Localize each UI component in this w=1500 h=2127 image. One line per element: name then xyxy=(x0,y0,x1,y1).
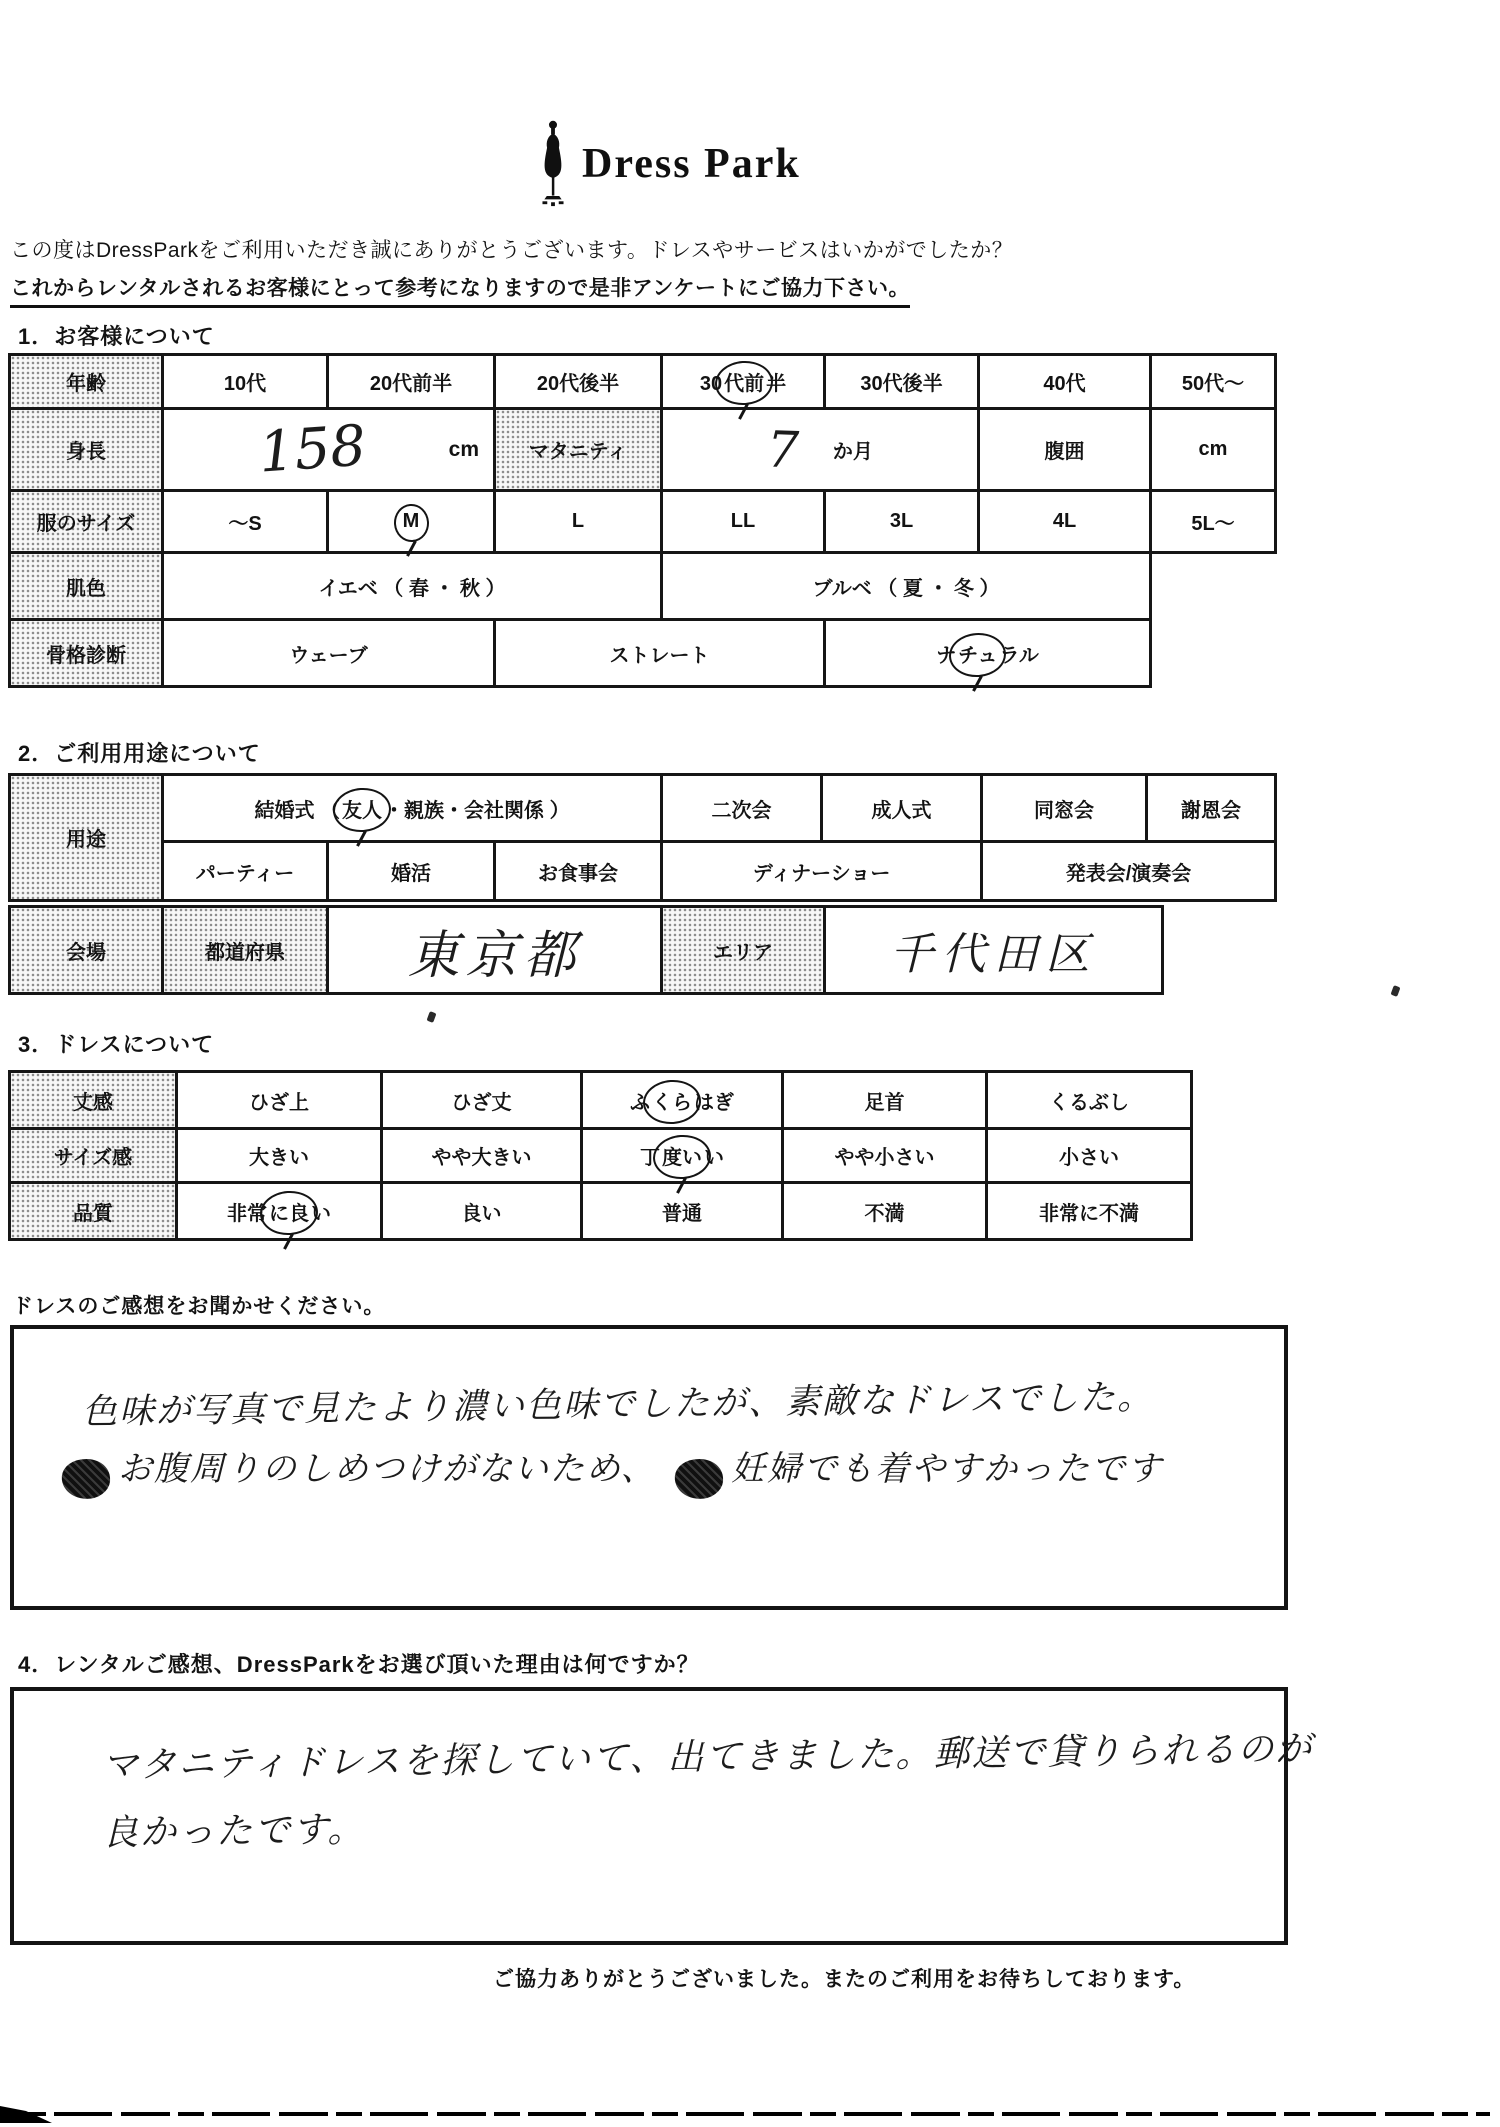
length-ankle: 足首 xyxy=(783,1072,987,1129)
purpose-party: パーティー xyxy=(163,842,328,901)
brand-logo: Dress Park xyxy=(538,120,801,208)
hand-circle: に良 xyxy=(267,1197,311,1226)
purpose-row-1: 用途 結婚式 （友人・親族・会社関係 ） 二次会 成人式 同窓会 謝恩会 xyxy=(10,775,1276,842)
size-l: L xyxy=(495,491,662,553)
size-3l: 3L xyxy=(825,491,979,553)
quality-very-dissatisfied: 非常に不満 xyxy=(987,1183,1192,1240)
size-m-selected: M xyxy=(328,491,495,553)
length-knee: ひざ丈 xyxy=(382,1072,582,1129)
scan-artifact-line xyxy=(20,2112,1490,2116)
purpose-row-2: パーティー 婚活 お食事会 ディナーショー 発表会/演奏会 xyxy=(10,842,1276,901)
height-unit: cm xyxy=(449,438,493,462)
intro-emphasis-text: これからレンタルされるお客様にとって参考になりますので是非アンケートにご協力下さ… xyxy=(10,272,910,308)
text-fragment: チュ xyxy=(958,645,997,667)
area-label: エリア xyxy=(662,907,825,994)
fit-row: サイズ感 大きい やや大きい 丁度いい やや小さい 小さい xyxy=(10,1129,1192,1183)
length-label: 丈感 xyxy=(10,1072,177,1129)
quality-good: 良い xyxy=(382,1183,582,1240)
purpose-thanks-party: 謝恩会 xyxy=(1147,775,1276,842)
section1-title: 1．お客様について xyxy=(18,320,215,351)
purpose-afterparty: 二次会 xyxy=(662,775,822,842)
feedback2-line2: 良かったです。 xyxy=(102,1801,366,1856)
text-fragment: くら xyxy=(652,1092,692,1114)
quality-label: 品質 xyxy=(10,1183,177,1240)
months-unit: か月 xyxy=(833,435,873,464)
skeleton-wave: ウェーブ xyxy=(163,620,495,687)
dress-table: 丈感 ひざ上 ひざ丈 ふくらはぎ 足首 くるぶし サイズ感 大きい やや大きい … xyxy=(8,1070,1193,1241)
text-fragment: 代前 xyxy=(724,373,764,395)
fit-slightly-small: やや小さい xyxy=(783,1129,987,1183)
purpose-konkatsu: 婚活 xyxy=(328,842,495,901)
height-value-wrap: 158 cm xyxy=(164,417,493,482)
feedback1-line1: 色味が写真で見たより濃い色味でしたが、素敵なドレスでした。 xyxy=(82,1370,1155,1435)
height-label: 身長 xyxy=(10,409,163,491)
fit-big: 大きい xyxy=(177,1129,382,1183)
age-20s-early: 20代前半 xyxy=(328,355,495,409)
brand-name: Dress Park xyxy=(582,140,801,188)
section2-title: 2．ご利用用途について xyxy=(18,737,261,768)
maternity-months-cell: 7 か月 xyxy=(662,409,979,491)
purpose-table: 用途 結婚式 （友人・親族・会社関係 ） 二次会 成人式 同窓会 謝恩会 パーテ… xyxy=(8,773,1277,902)
quality-very-good-selected: 非常に良い xyxy=(177,1183,382,1240)
hand-circle: 代前 xyxy=(722,367,766,396)
text-fragment: M xyxy=(403,510,420,532)
venue-table: 会場 都道府県 東京都 エリア 千代田区 xyxy=(8,905,1164,995)
height-handwritten-value: 158 xyxy=(257,413,368,485)
months-handwritten-value: 7 xyxy=(766,420,800,479)
feedback1-line2b: 妊婦でも着やすかったです xyxy=(731,1449,1163,1489)
size-s: ～S xyxy=(163,491,328,553)
text-fragment: ・親族・会社関係 ） xyxy=(384,800,570,822)
dress-form-icon xyxy=(538,120,568,208)
length-calf-selected: ふくらはぎ xyxy=(582,1072,783,1129)
purpose-label: 用途 xyxy=(10,775,163,901)
length-anklebone: くるぶし xyxy=(987,1072,1192,1129)
hand-circle: くら xyxy=(650,1086,694,1115)
skin-label: 肌色 xyxy=(10,553,163,620)
venue-label: 会場 xyxy=(10,907,163,994)
skin-yellow-base: イエベ （ 春 ・ 秋 ） xyxy=(163,553,662,620)
length-above-knee: ひざ上 xyxy=(177,1072,382,1129)
intro-emphasis: これからレンタルされるお客様にとって参考になりますので是非アンケートにご協力下さ… xyxy=(10,272,910,308)
prefecture-label: 都道府県 xyxy=(163,907,328,994)
age-30s-early-selected: 30代前半 xyxy=(662,355,825,409)
waist-label: 腹囲 xyxy=(979,409,1151,491)
customer-table: 年齢 10代 20代前半 20代後半 30代前半 30代後半 40代 50代～ … xyxy=(8,353,1277,688)
purpose-reunion: 同窓会 xyxy=(982,775,1147,842)
section4-title: 4．レンタルご感想、DressParkをお選び頂いた理由は何ですか？ xyxy=(18,1648,700,1679)
fit-slightly-big: やや大きい xyxy=(382,1129,582,1183)
scan-speck xyxy=(427,1011,437,1023)
venue-row: 会場 都道府県 東京都 エリア 千代田区 xyxy=(10,907,1163,994)
quality-normal: 普通 xyxy=(582,1183,783,1240)
intro-text: この度はDressParkをご利用いただき誠にありがとうございます。ドレスやサー… xyxy=(10,234,1013,264)
fit-label: サイズ感 xyxy=(10,1129,177,1183)
height-row: 身長 158 cm マタニティ 7 か月 腹囲 cm xyxy=(10,409,1276,491)
quality-row: 品質 非常に良い 良い 普通 不満 非常に不満 xyxy=(10,1183,1192,1240)
text-fragment: に良 xyxy=(269,1203,309,1225)
skeleton-label: 骨格診断 xyxy=(10,620,163,687)
size-5l: 5L～ xyxy=(1151,491,1276,553)
skeleton-straight: ストレート xyxy=(495,620,825,687)
scribbled-out-word xyxy=(673,1456,726,1502)
empty-cell xyxy=(1151,553,1276,620)
hand-circle: M xyxy=(401,510,422,533)
feedback1-box: 色味が写真で見たより濃い色味でしたが、素敵なドレスでした。 お腹周りのしめつけが… xyxy=(10,1325,1288,1610)
age-label: 年齢 xyxy=(10,355,163,409)
age-20s-late: 20代後半 xyxy=(495,355,662,409)
purpose-coming-of-age: 成人式 xyxy=(822,775,982,842)
maternity-label: マタニティ xyxy=(495,409,662,491)
text-fragment: 度い xyxy=(662,1147,702,1169)
text-fragment: 友人 xyxy=(342,800,382,822)
purpose-dinner-show: ディナーショー xyxy=(662,842,982,901)
size-row: 服のサイズ ～S M L LL 3L 4L 5L～ xyxy=(10,491,1276,553)
hand-circle: 度い xyxy=(660,1141,704,1170)
feedback1-line2: お腹周りのしめつけがないため、 妊婦でも着やすかったです xyxy=(62,1441,1163,1493)
size-4l: 4L xyxy=(979,491,1151,553)
size-ll: LL xyxy=(662,491,825,553)
age-row: 年齢 10代 20代前半 20代後半 30代前半 30代後半 40代 50代～ xyxy=(10,355,1276,409)
footer-thanks: ご協力ありがとうございました。またのご利用をお待ちしております。 xyxy=(493,1963,1195,1993)
purpose-wedding-selected: 結婚式 （友人・親族・会社関係 ） xyxy=(163,775,662,842)
feedback1-line2a: お腹周りのしめつけがないため、 xyxy=(118,1449,657,1489)
hand-circle: 友人 xyxy=(340,794,384,823)
feedback2-box: マタニティドレスを探していて、出てきました。郵送で貸りられるのが 良かったです。 xyxy=(10,1687,1288,1945)
prefecture-value-cell: 東京都 xyxy=(328,907,662,994)
feedback2-line1: マタニティドレスを探していて、出てきました。郵送で貸りられるのが xyxy=(102,1721,1314,1789)
fit-small: 小さい xyxy=(987,1129,1192,1183)
section3-title: 3．ドレスについて xyxy=(18,1028,214,1059)
quality-dissatisfied: 不満 xyxy=(783,1183,987,1240)
length-row: 丈感 ひざ上 ひざ丈 ふくらはぎ 足首 くるぶし xyxy=(10,1072,1192,1129)
age-50s-plus: 50代～ xyxy=(1151,355,1276,409)
skin-row: 肌色 イエベ （ 春 ・ 秋 ） ブルベ （ 夏 ・ 冬 ） xyxy=(10,553,1276,620)
size-label: 服のサイズ xyxy=(10,491,163,553)
scan-speck xyxy=(1391,985,1401,997)
fit-just-right-selected: 丁度いい xyxy=(582,1129,783,1183)
purpose-dinner: お食事会 xyxy=(495,842,662,901)
empty-cell xyxy=(1151,620,1276,687)
questionnaire-page: Dress Park この度はDressParkをご利用いただき誠にありがとうご… xyxy=(0,0,1500,2127)
months-wrap: 7 か月 xyxy=(663,421,977,479)
age-10s: 10代 xyxy=(163,355,328,409)
hand-circle: チュ xyxy=(956,639,999,668)
waist-unit: cm xyxy=(1151,409,1276,491)
height-value-cell: 158 cm xyxy=(163,409,495,491)
feedback1-label: ドレスのご感想をお聞かせください。 xyxy=(12,1290,385,1320)
skeleton-row: 骨格診断 ウェーブ ストレート ナチュラル xyxy=(10,620,1276,687)
scribbled-out-word xyxy=(60,1456,113,1502)
skin-blue-base: ブルベ （ 夏 ・ 冬 ） xyxy=(662,553,1151,620)
skeleton-natural-selected: ナチュラル xyxy=(825,620,1151,687)
prefecture-handwritten-value: 東京都 xyxy=(407,926,581,986)
age-30s-late: 30代後半 xyxy=(825,355,979,409)
area-handwritten-value: 千代田区 xyxy=(890,929,1098,980)
purpose-recital: 発表会/演奏会 xyxy=(982,842,1276,901)
text-fragment: 結婚式 （ xyxy=(254,800,340,822)
age-40s: 40代 xyxy=(979,355,1151,409)
area-value-cell: 千代田区 xyxy=(825,907,1163,994)
